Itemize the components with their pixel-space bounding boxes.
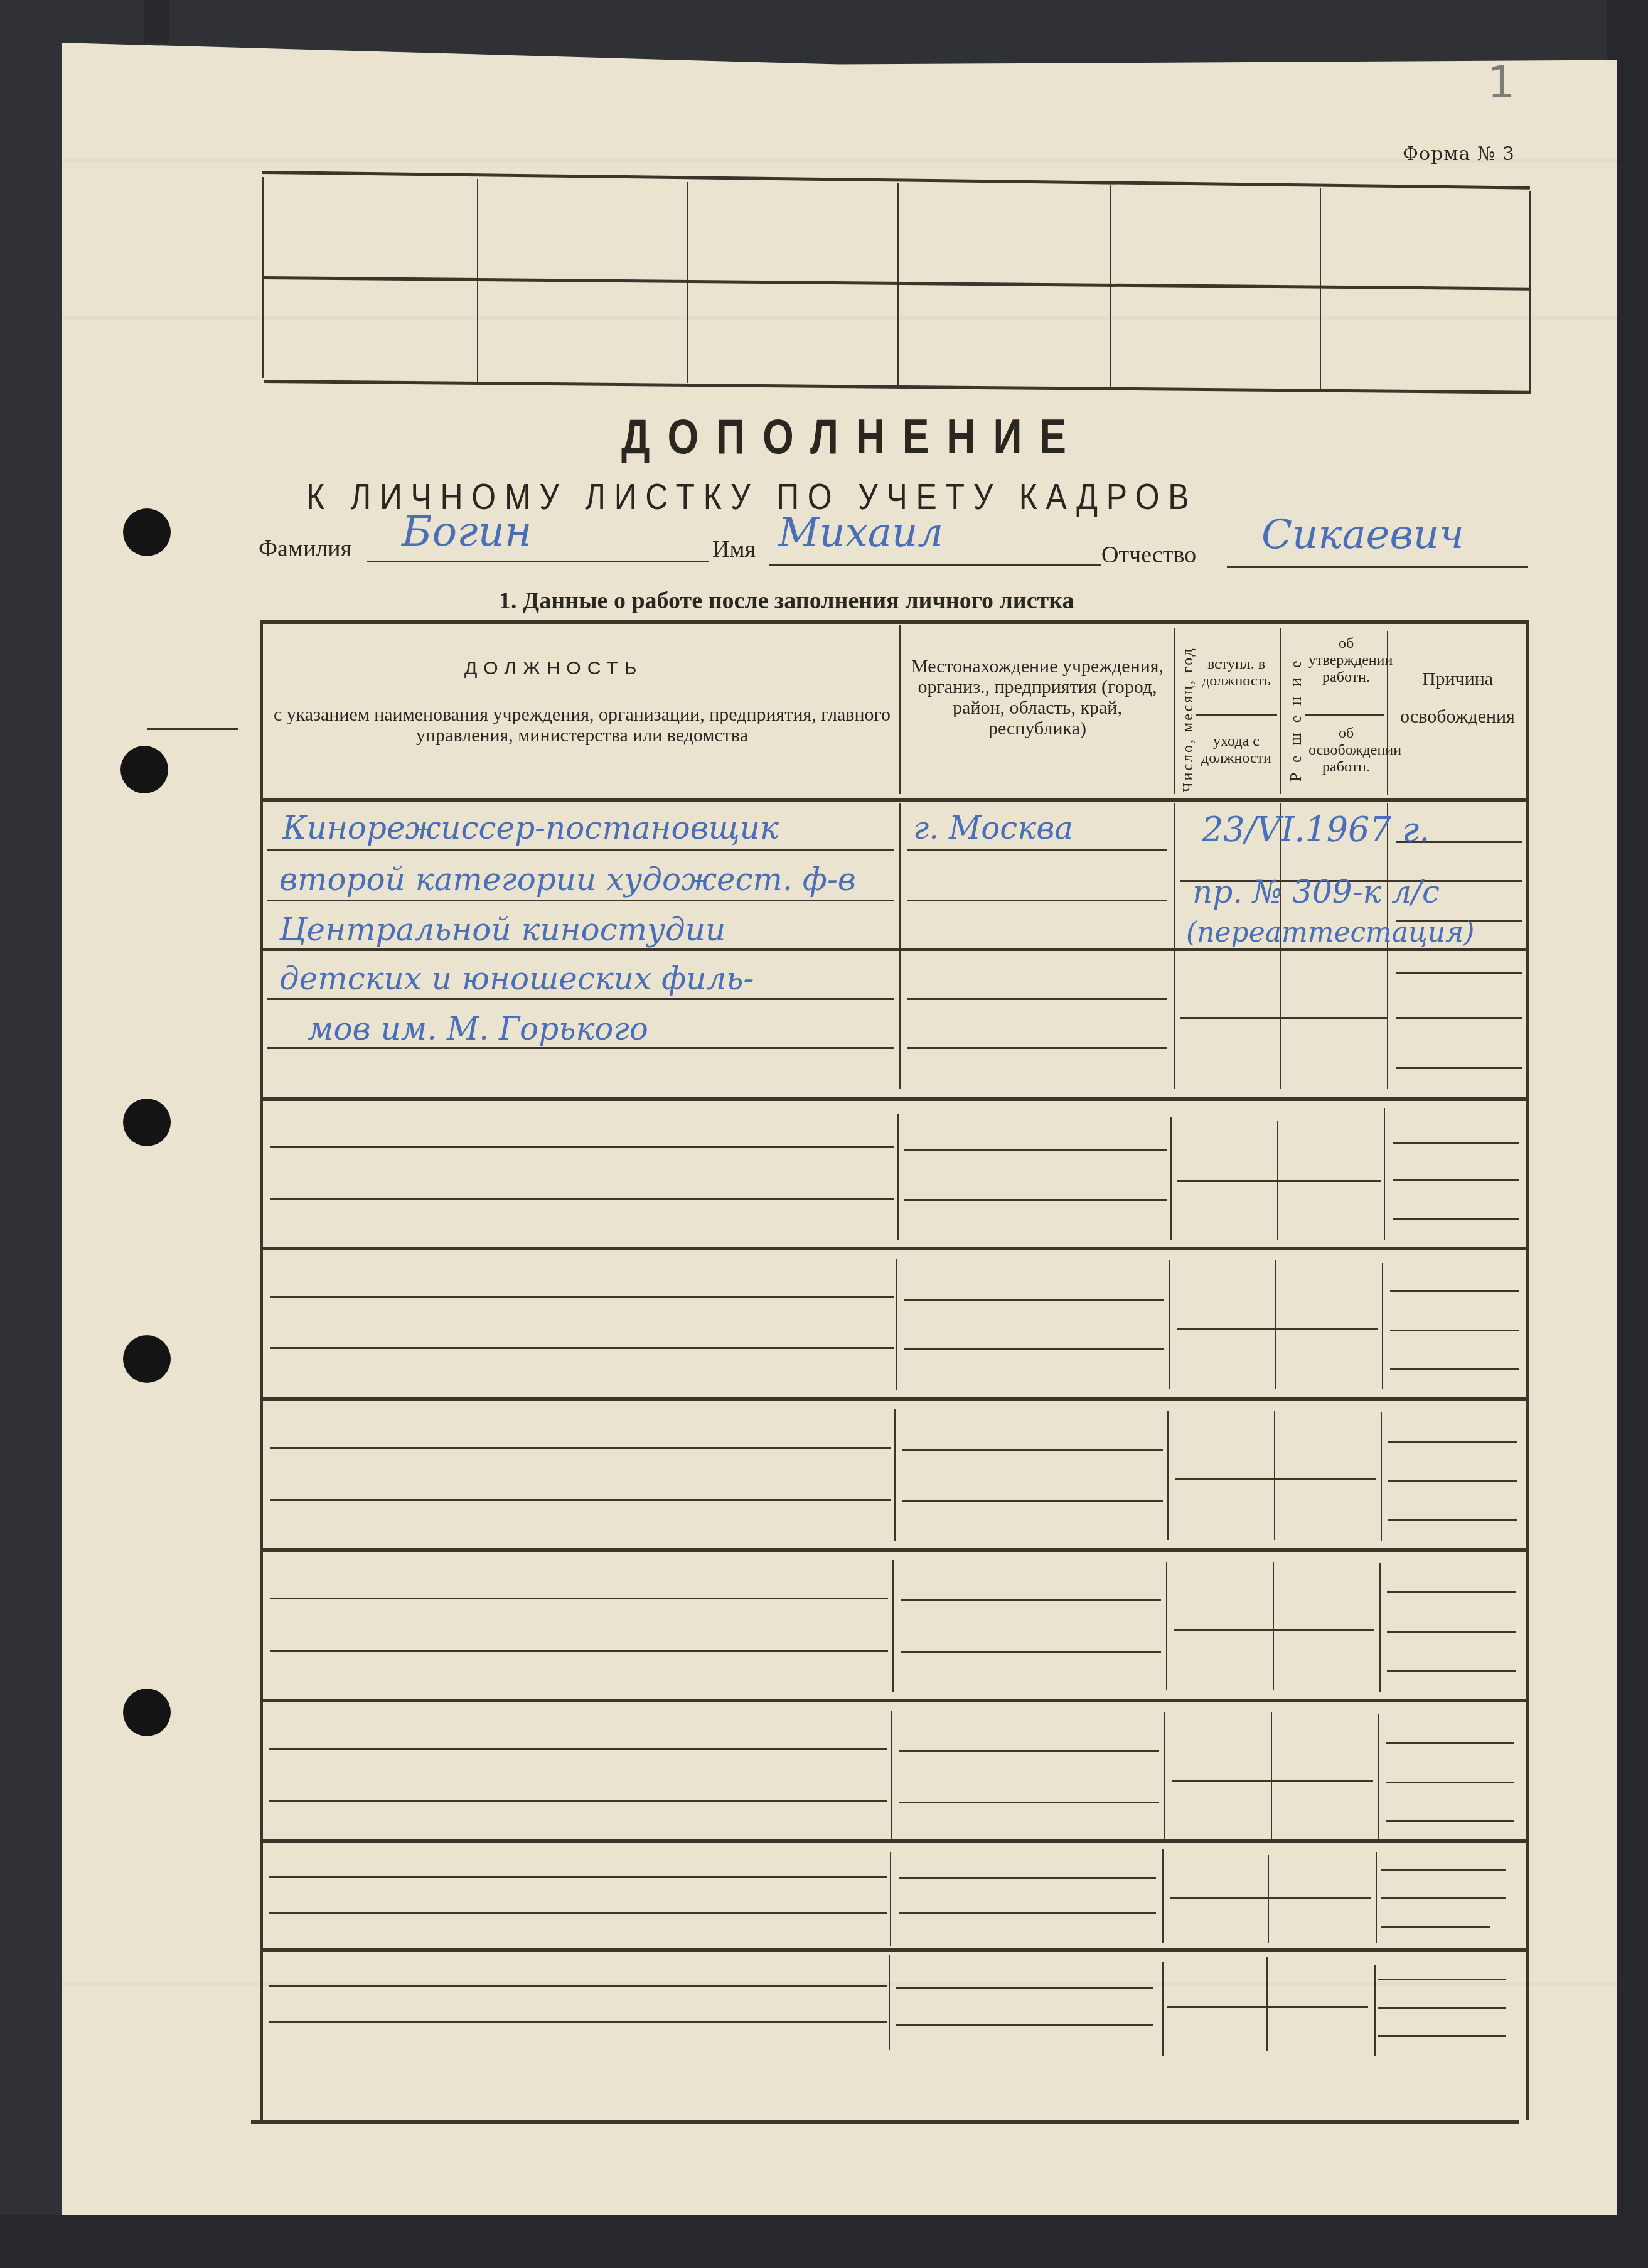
scanner-edge-top-left — [144, 0, 169, 43]
position-line[interactable]: мов им. М. Горького — [308, 1011, 648, 1047]
col-header-date-group: Число, месяц, год — [1180, 647, 1197, 792]
patronymic-label: Отчество — [1101, 541, 1196, 569]
location-field[interactable]: г. Москва — [913, 810, 1073, 846]
punch-hole — [123, 508, 171, 556]
surname-field[interactable]: Богин — [402, 507, 532, 556]
date-start-field[interactable]: 23/VI.1967 г. — [1202, 810, 1430, 849]
form-title: ДОПОЛНЕНИЕ — [621, 408, 1084, 465]
name-field[interactable]: Михаил — [778, 510, 943, 556]
col-header-position: ДОЛЖНОСТЬ — [464, 658, 643, 679]
col-header-date-end: ухода с должности — [1196, 733, 1277, 767]
punch-hole — [123, 1099, 171, 1146]
scanner-edge-bottom — [0, 2215, 1648, 2268]
note-field[interactable]: (переаттестация) — [1186, 916, 1474, 949]
paper-fold — [62, 159, 1617, 163]
surname-label: Фамилия — [259, 535, 351, 562]
position-line[interactable]: Центральной киностудии — [279, 911, 725, 948]
paper-fold — [62, 316, 1617, 320]
col-header-decision-release: об освобождении работн. — [1308, 725, 1384, 776]
form-number: Форма № 3 — [1403, 143, 1515, 165]
col-header-location: Местонахождение учреждения, организ., пр… — [902, 656, 1172, 739]
position-line[interactable]: детских и юношеских филь- — [279, 960, 754, 997]
patronymic-field[interactable]: Сикаевич — [1261, 512, 1464, 558]
col-header-position-desc: с указанием наименования учреждения, орг… — [267, 704, 897, 746]
section-title: 1. Данные о работе после заполнения личн… — [499, 587, 1074, 615]
col-header-reason: Причина освобождения — [1393, 660, 1522, 736]
name-label: Имя — [712, 535, 756, 563]
margin-stub-line — [147, 728, 238, 730]
punch-hole — [123, 1335, 171, 1383]
punch-hole — [123, 1689, 171, 1736]
position-line[interactable]: второй категории художест. ф-в — [279, 861, 856, 898]
position-line[interactable]: Кинорежиссер-постановщик — [282, 810, 779, 846]
col-header-decision-group: Решение — [1287, 650, 1305, 782]
punch-hole — [120, 746, 168, 793]
col-header-date-start: вступл. в должность — [1196, 656, 1277, 690]
order-field[interactable]: пр. № 309-к л/с — [1192, 874, 1440, 910]
page-number: 1 — [1487, 56, 1516, 108]
col-header-decision-approve: об утверждении работн. — [1308, 635, 1384, 686]
